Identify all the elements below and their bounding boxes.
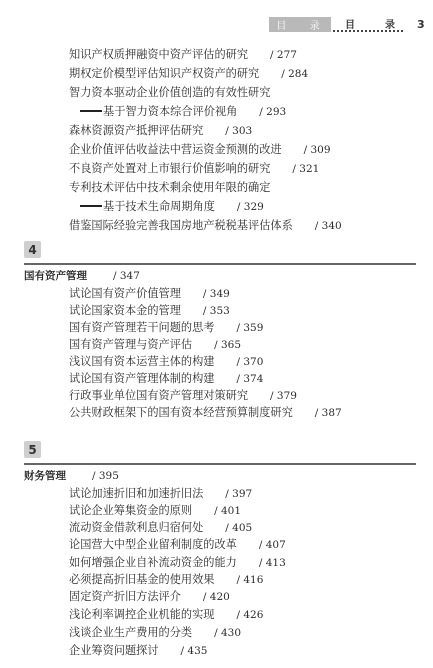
- header-dotted-title: 目 录: [333, 17, 403, 32]
- entry-title: 基于智力资本综合评价视角: [103, 105, 237, 118]
- entry-title: 论国营大中型企业留利制度的改革: [69, 538, 237, 551]
- entry-page: / 413: [259, 557, 286, 569]
- toc-entry[interactable]: 行政事业单位国有资产管理对策研究/ 379: [69, 389, 297, 403]
- entry-title: 行政事业单位国有资产管理对策研究: [69, 389, 248, 402]
- section-title: 财务管理: [24, 470, 66, 482]
- entry-page: / 284: [281, 68, 308, 80]
- entry-title: 试论加速折旧和加速折旧法: [69, 487, 203, 500]
- entry-page: / 401: [214, 505, 241, 517]
- entry-title: 公共财政框架下的国有资本经营预算制度研究: [69, 406, 293, 419]
- toc-entry[interactable]: 必须提高折旧基金的使用效果/ 416: [69, 573, 263, 587]
- toc-entry[interactable]: 试论国有资产管理体制的构建/ 374: [69, 372, 263, 386]
- page-header: 目 录 目 录 3: [269, 16, 425, 32]
- entry-page: / 329: [237, 201, 264, 213]
- toc-entry[interactable]: 借鉴国际经验完善我国房地产税税基评估体系/ 340: [69, 219, 342, 233]
- entry-page: / 349: [203, 288, 230, 300]
- entry-page: / 293: [259, 106, 286, 118]
- toc-entry[interactable]: 浅议国有资本运营主体的构建/ 370: [69, 355, 263, 369]
- toc-entry[interactable]: 固定资产折旧方法评介/ 420: [69, 590, 230, 604]
- entry-title: 期权定价模型评估知识产权资产的研究: [69, 67, 259, 80]
- entry-title: 如何增强企业自补流动资金的能力: [69, 556, 237, 569]
- toc-entry[interactable]: 试论国有资产价值管理/ 349: [69, 287, 230, 301]
- entry-page: / 359: [236, 322, 263, 334]
- toc-entry[interactable]: 企业价值评估收益法中营运资金预测的改进/ 309: [69, 143, 331, 157]
- entry-title: 国有资产管理与资产评估: [69, 338, 192, 351]
- entry-title: 流动资金借款利息归宿何处: [69, 521, 203, 534]
- section-page: / 395: [92, 470, 119, 482]
- section-number-badge: 5: [24, 441, 41, 458]
- entry-page: / 309: [304, 144, 331, 156]
- entry-title: 基于技术生命周期角度: [103, 200, 215, 213]
- entry-title: 试论国有资产价值管理: [69, 287, 181, 300]
- entry-title: 智力资本驱动企业价值创造的有效性研究: [69, 86, 270, 99]
- entry-title: 固定资产折旧方法评介: [69, 590, 181, 603]
- entry-title: 国有资产管理若干问题的思考: [69, 321, 214, 334]
- section-title: 国有资产管理: [24, 270, 87, 282]
- toc-entry[interactable]: 期权定价模型评估知识产权资产的研究/ 284: [69, 67, 308, 81]
- section-divider: [24, 263, 416, 265]
- section-heading[interactable]: 国有资产管理/ 347: [24, 268, 140, 283]
- header-tab: 目 录: [269, 17, 331, 32]
- entry-page: / 353: [203, 305, 230, 317]
- toc-entry[interactable]: 试论加速折旧和加速折旧法/ 397: [69, 487, 252, 501]
- entry-title: 必须提高折旧基金的使用效果: [69, 573, 214, 586]
- entry-page: / 365: [214, 339, 241, 351]
- toc-entry-subtitle[interactable]: 基于智力资本综合评价视角/ 293: [80, 105, 286, 119]
- entry-title: 浅论利率调控企业机能的实现: [69, 608, 214, 621]
- dash-icon: [80, 110, 102, 112]
- toc-entry[interactable]: 论国营大中型企业留利制度的改革/ 407: [69, 538, 286, 552]
- entry-page: / 405: [225, 522, 252, 534]
- toc-entry[interactable]: 国有资产管理与资产评估/ 365: [69, 338, 241, 352]
- section-heading[interactable]: 财务管理/ 395: [24, 468, 119, 483]
- entry-title: 企业价值评估收益法中营运资金预测的改进: [69, 143, 282, 156]
- entry-page: / 430: [214, 627, 241, 639]
- toc-entry[interactable]: 试论企业筹集资金的原则/ 401: [69, 504, 241, 518]
- entry-title: 浅谈企业生产费用的分类: [69, 626, 192, 639]
- entry-title: 专利技术评估中技术剩余使用年限的确定: [69, 181, 270, 194]
- toc-entry[interactable]: 浅论利率调控企业机能的实现/ 426: [69, 608, 263, 622]
- entry-page: / 416: [236, 574, 263, 586]
- entry-page: / 426: [236, 609, 263, 621]
- entry-page: / 435: [181, 645, 208, 657]
- entry-title: 借鉴国际经验完善我国房地产税税基评估体系: [69, 219, 293, 232]
- dash-icon: [80, 205, 102, 207]
- entry-title: 不良资产处置对上市银行价值影响的研究: [69, 162, 270, 175]
- toc-entry[interactable]: 智力资本驱动企业价值创造的有效性研究: [69, 86, 270, 100]
- toc-entry[interactable]: 公共财政框架下的国有资本经营预算制度研究/ 387: [69, 406, 342, 420]
- entry-page: / 321: [292, 163, 319, 175]
- toc-entry[interactable]: 浅谈企业生产费用的分类/ 430: [69, 626, 241, 640]
- toc-entry[interactable]: 不良资产处置对上市银行价值影响的研究/ 321: [69, 162, 319, 176]
- entry-page: / 303: [225, 125, 252, 137]
- entry-title: 试论国家资本金的管理: [69, 304, 181, 317]
- toc-entry[interactable]: 流动资金借款利息归宿何处/ 405: [69, 521, 252, 535]
- header-dotted-left: 目: [345, 16, 355, 31]
- toc-entry[interactable]: 国有资产管理若干问题的思考/ 359: [69, 321, 263, 335]
- section-divider: [24, 463, 416, 465]
- entry-page: / 370: [236, 356, 263, 368]
- entry-page: / 379: [270, 390, 297, 402]
- entry-title: 试论国有资产管理体制的构建: [69, 372, 214, 385]
- page-number: 3: [417, 18, 425, 31]
- entry-title: 试论企业筹集资金的原则: [69, 504, 192, 517]
- header-dotted-right: 录: [385, 16, 395, 31]
- entry-page: / 397: [225, 488, 252, 500]
- section-number-badge: 4: [24, 241, 41, 258]
- entry-title: 森林资源资产抵押评估研究: [69, 124, 203, 137]
- toc-entry[interactable]: 如何增强企业自补流动资金的能力/ 413: [69, 556, 286, 570]
- entry-title: 企业筹资问题探讨: [69, 644, 159, 657]
- entry-page: / 407: [259, 539, 286, 551]
- toc-entry-subtitle[interactable]: 基于技术生命周期角度/ 329: [80, 200, 264, 214]
- toc-entry[interactable]: 森林资源资产抵押评估研究/ 303: [69, 124, 252, 138]
- toc-entry[interactable]: 知识产权质押融资中资产评估的研究/ 277: [69, 48, 297, 62]
- toc-entry[interactable]: 企业筹资问题探讨/ 435: [69, 644, 207, 658]
- entry-page: / 340: [315, 220, 342, 232]
- toc-entry[interactable]: 专利技术评估中技术剩余使用年限的确定: [69, 181, 270, 195]
- entry-page: / 420: [203, 591, 230, 603]
- entry-page: / 374: [236, 373, 263, 385]
- section-page: / 347: [113, 270, 140, 282]
- entry-page: / 387: [315, 407, 342, 419]
- toc-entry[interactable]: 试论国家资本金的管理/ 353: [69, 304, 230, 318]
- entry-title: 浅议国有资本运营主体的构建: [69, 355, 214, 368]
- entry-page: / 277: [270, 49, 297, 61]
- entry-title: 知识产权质押融资中资产评估的研究: [69, 48, 248, 61]
